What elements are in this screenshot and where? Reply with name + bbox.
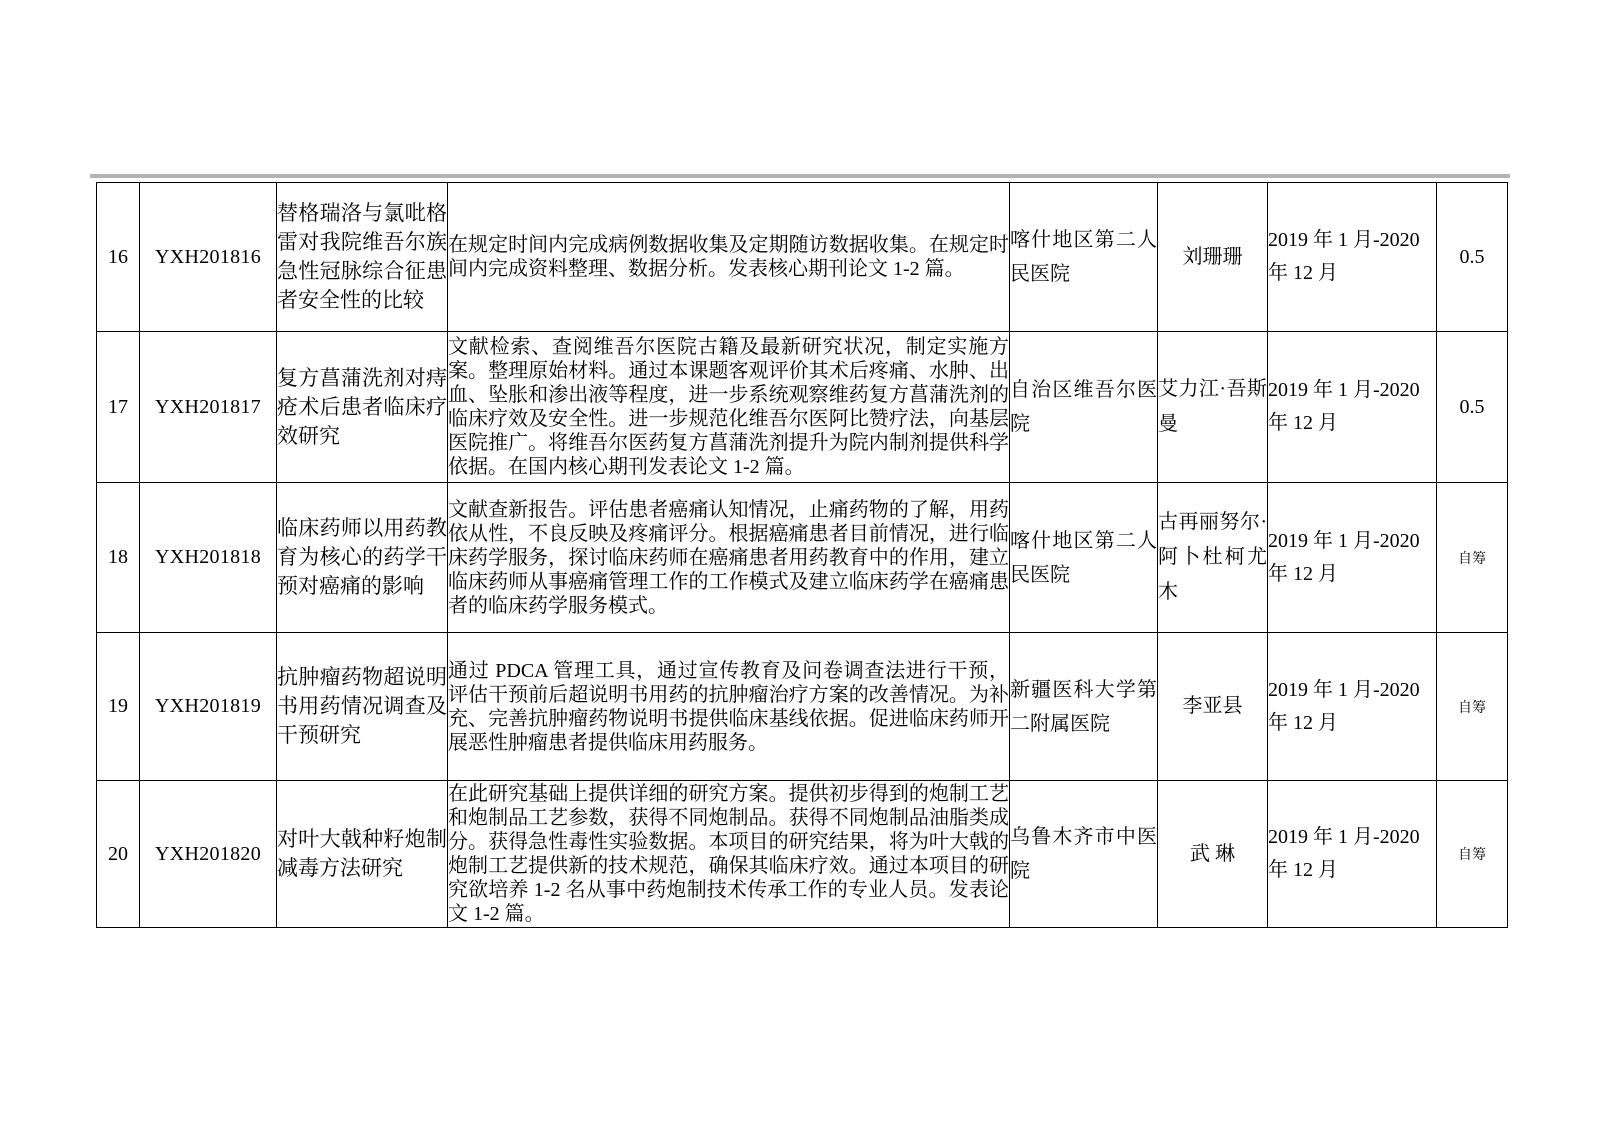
cell-project-goals: 文献查新报告。评估患者癌痛认知情况，止痛药物的了解，用药依从性，不良反映及疼痛评… (448, 483, 1010, 633)
cell-funding-amount: 自筹 (1437, 781, 1508, 928)
cell-project-goals: 通过 PDCA 管理工具，通过宣传教育及问卷调查法进行干预，评估干预前后超说明书… (448, 633, 1010, 781)
table-row: 16 YXH201816 替格瑞洛与氯吡格雷对我院维吾尔族急性冠脉综合征患者安全… (97, 183, 1508, 332)
cell-project-title: 对叶大戟种籽炮制减毒方法研究 (277, 781, 448, 928)
cell-project-code: YXH201819 (140, 633, 277, 781)
cell-project-code: YXH201818 (140, 483, 277, 633)
table-row: 19 YXH201819 抗肿瘤药物超说明书用药情况调查及干预研究 通过 PDC… (97, 633, 1508, 781)
table-row: 17 YXH201817 复方菖蒲洗剂对痔疮术后患者临床疗效研究 文献检索、查阅… (97, 332, 1508, 483)
cell-project-title: 临床药师以用药教育为核心的药学干预对癌痛的影响 (277, 483, 448, 633)
projects-table: 16 YXH201816 替格瑞洛与氯吡格雷对我院维吾尔族急性冠脉综合征患者安全… (96, 182, 1508, 928)
cell-project-period: 2019 年 1 月-2020 年 12 月 (1268, 332, 1437, 483)
cell-row-number: 20 (97, 781, 140, 928)
cell-project-code: YXH201817 (140, 332, 277, 483)
cell-funding-amount: 自筹 (1437, 633, 1508, 781)
cell-project-goals: 在此研究基础上提供详细的研究方案。提供初步得到的炮制工艺和炮制品工艺参数，获得不… (448, 781, 1010, 928)
cell-leader-name: 艾力江·吾斯曼 (1158, 332, 1268, 483)
cell-project-code: YXH201816 (140, 183, 277, 332)
table-row: 18 YXH201818 临床药师以用药教育为核心的药学干预对癌痛的影响 文献查… (97, 483, 1508, 633)
table-body: 16 YXH201816 替格瑞洛与氯吡格雷对我院维吾尔族急性冠脉综合征患者安全… (97, 183, 1508, 928)
cell-leader-name: 古再丽努尔·阿卜杜柯尤木 (1158, 483, 1268, 633)
cell-leader-name: 刘珊珊 (1158, 183, 1268, 332)
cell-project-period: 2019 年 1 月-2020 年 12 月 (1268, 781, 1437, 928)
cell-row-number: 18 (97, 483, 140, 633)
cell-institution: 乌鲁木齐市中医院 (1010, 781, 1158, 928)
cell-row-number: 19 (97, 633, 140, 781)
cell-project-goals: 在规定时间内完成病例数据收集及定期随访数据收集。在规定时间内完成资料整理、数据分… (448, 183, 1010, 332)
cell-project-title: 复方菖蒲洗剂对痔疮术后患者临床疗效研究 (277, 332, 448, 483)
cell-row-number: 16 (97, 183, 140, 332)
cell-project-period: 2019 年 1 月-2020 年 12 月 (1268, 183, 1437, 332)
cell-project-goals: 文献检索、查阅维吾尔医院古籍及最新研究状况，制定实施方案。整理原始材料。通过本课… (448, 332, 1010, 483)
cell-leader-name: 武 琳 (1158, 781, 1268, 928)
cell-leader-name: 李亚县 (1158, 633, 1268, 781)
cell-project-title: 替格瑞洛与氯吡格雷对我院维吾尔族急性冠脉综合征患者安全性的比较 (277, 183, 448, 332)
cell-project-code: YXH201820 (140, 781, 277, 928)
cell-funding-amount: 自筹 (1437, 483, 1508, 633)
table-row: 20 YXH201820 对叶大戟种籽炮制减毒方法研究 在此研究基础上提供详细的… (97, 781, 1508, 928)
cell-project-period: 2019 年 1 月-2020 年 12 月 (1268, 483, 1437, 633)
cell-institution: 自治区维吾尔医院 (1010, 332, 1158, 483)
cell-institution: 新疆医科大学第二附属医院 (1010, 633, 1158, 781)
cell-row-number: 17 (97, 332, 140, 483)
cell-funding-amount: 0.5 (1437, 183, 1508, 332)
cell-project-title: 抗肿瘤药物超说明书用药情况调查及干预研究 (277, 633, 448, 781)
cell-institution: 喀什地区第二人民医院 (1010, 483, 1158, 633)
document-page: 16 YXH201816 替格瑞洛与氯吡格雷对我院维吾尔族急性冠脉综合征患者安全… (96, 182, 1508, 928)
cell-institution: 喀什地区第二人民医院 (1010, 183, 1158, 332)
page-divider (90, 174, 1510, 178)
cell-funding-amount: 0.5 (1437, 332, 1508, 483)
cell-project-period: 2019 年 1 月-2020 年 12 月 (1268, 633, 1437, 781)
